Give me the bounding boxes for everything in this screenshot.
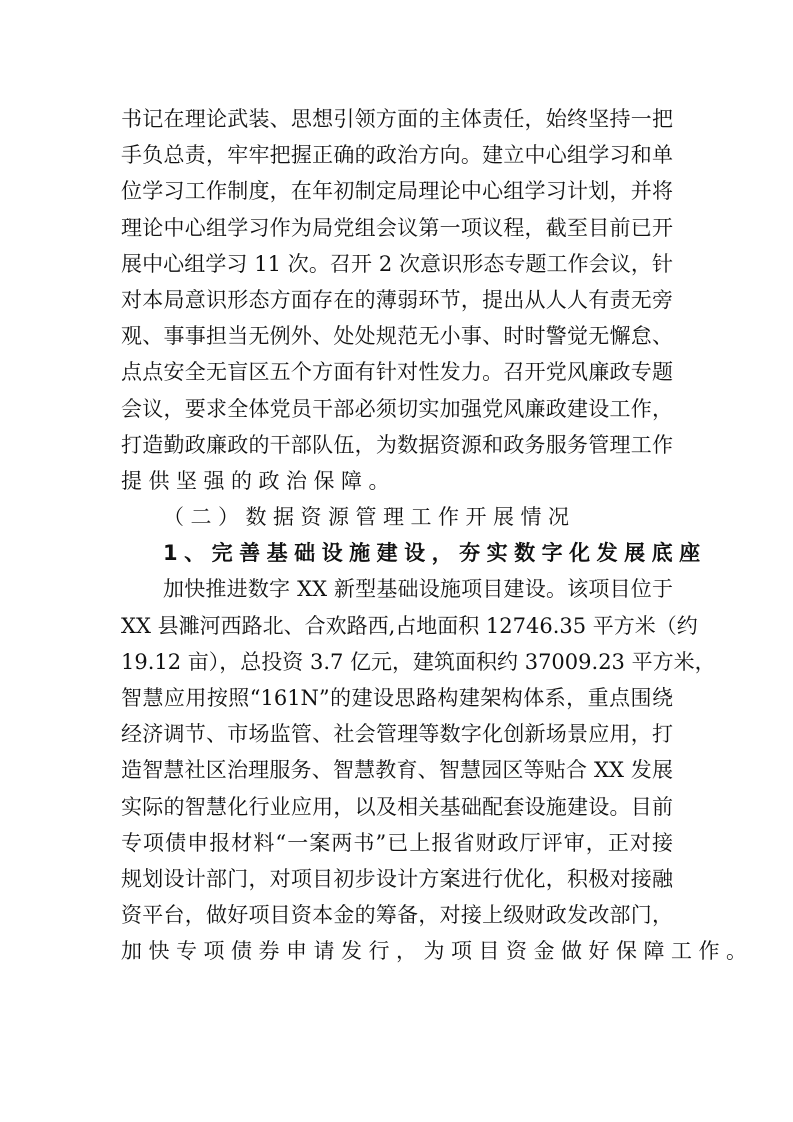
text-line: 位学习工作制度，在年初制定局理论中心组学习计划，并将	[121, 173, 673, 209]
paragraph-party-responsibility: 书记在理论武装、思想引领方面的主体责任，始终坚持一把 手负总责，牢牢把握正确的政…	[121, 101, 673, 499]
paragraph-infrastructure-project: 加快推进数字 XX 新型基础设施项目建设。该项目位于 XX 县濉河西路北、合欢路…	[121, 571, 673, 969]
text-line: 点点安全无盲区五个方面有针对性发力。召开党风廉政专题	[121, 354, 673, 390]
text-line: 会议，要求全体党员干部必须切实加强党风廉政建设工作，	[121, 391, 673, 427]
section-subheading: （二）数据资源管理工作开展情况	[121, 499, 673, 535]
text-line: 展中心组学习 11 次。召开 2 次意识形态专题工作会议，针	[121, 246, 673, 282]
text-line: 对本局意识形态方面存在的薄弱环节，提出从人人有责无旁	[121, 282, 673, 318]
text-line: 打造勤政廉政的干部队伍，为数据资源和政务服务管理工作	[121, 427, 673, 463]
text-line: 规划设计部门，对项目初步设计方案进行优化，积极对接融	[121, 861, 673, 897]
document-page: 书记在理论武装、思想引领方面的主体责任，始终坚持一把 手负总责，牢牢把握正确的政…	[0, 0, 793, 1122]
text-line: 理论中心组学习作为局党组会议第一项议程，截至目前已开	[121, 210, 673, 246]
text-line: 资平台，做好项目资本金的筹备，对接上级财政发改部门，	[121, 897, 673, 933]
text-line: 观、事事担当无例外、处处规范无小事、时时警觉无懈怠、	[121, 318, 673, 354]
section-bold-heading: 1、完善基础设施建设，夯实数字化发展底座	[121, 535, 673, 571]
text-line: 加快推进数字 XX 新型基础设施项目建设。该项目位于	[121, 571, 673, 607]
text-line: 专项债申报材料“一案两书”已上报省财政厅评审，正对接	[121, 825, 673, 861]
text-line: 手负总责，牢牢把握正确的政治方向。建立中心组学习和单	[121, 137, 673, 173]
document-body: 书记在理论武装、思想引领方面的主体责任，始终坚持一把 手负总责，牢牢把握正确的政…	[121, 101, 673, 970]
text-line: 智慧应用按照“161N”的建设思路构建架构体系，重点围绕	[121, 680, 673, 716]
text-line: 经济调节、市场监管、社会管理等数字化创新场景应用，打	[121, 716, 673, 752]
text-line: 书记在理论武装、思想引领方面的主体责任，始终坚持一把	[121, 101, 673, 137]
text-line: 19.12 亩），总投资 3.7 亿元，建筑面积约 37009.23 平方米，	[121, 644, 673, 680]
text-line: 提供坚强的政治保障。	[121, 463, 673, 499]
text-line: XX 县濉河西路北、合欢路西,占地面积 12746.35 平方米（约	[121, 608, 673, 644]
text-line: 加快专项债券申请发行，为项目资金做好保障工作。	[121, 933, 673, 969]
text-line: 造智慧社区治理服务、智慧教育、智慧园区等贴合 XX 发展	[121, 752, 673, 788]
text-line: 实际的智慧化行业应用，以及相关基础配套设施建设。目前	[121, 789, 673, 825]
